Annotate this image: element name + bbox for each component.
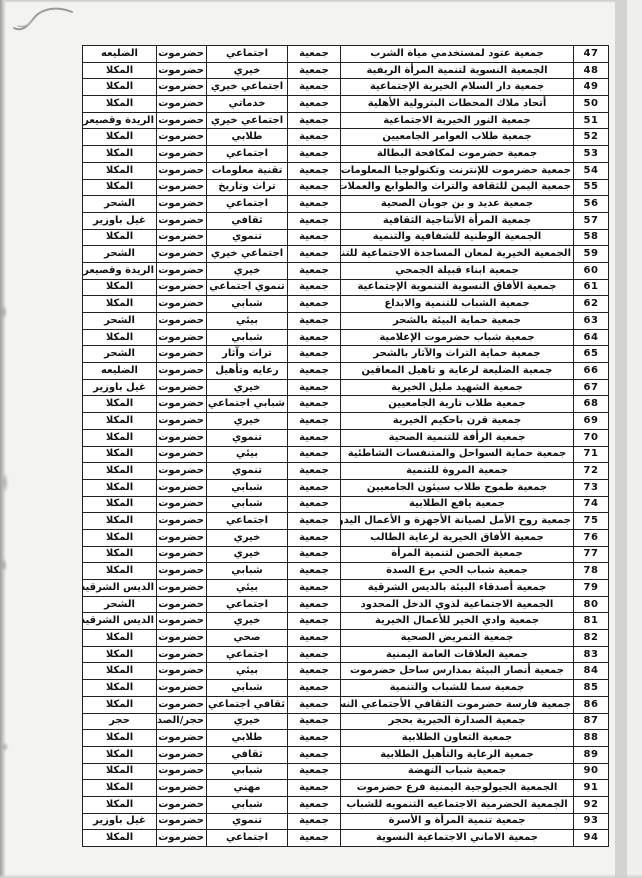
association-name-cell: جمعية طلاب تارية الجامعيين: [341, 396, 574, 413]
serial-number-cell: 54: [574, 162, 609, 179]
serial-number-cell: 79: [574, 580, 609, 597]
association-name-cell: جمعية عتود لمستخدمي مياة الشرب: [341, 46, 574, 63]
table-row: 86 جمعية فارسة حضرموت الثقافي الأجتماعي …: [83, 696, 609, 713]
association-name-cell: جمعية العلاقات العامة اليمنية: [341, 646, 574, 663]
governorate-cell: حضرموت: [157, 379, 207, 396]
category-cell: جمعية: [288, 246, 341, 263]
scan-edge-top: [0, 0, 642, 3]
association-name-cell: جمعية طلاب العوامر الجامعيين: [341, 129, 574, 146]
district-cell: الضليعه: [83, 363, 157, 380]
district-cell: حجر: [83, 713, 157, 730]
serial-number-cell: 62: [574, 296, 609, 313]
table-row: 49 جمعية دار السلام الخيرية الإجتماعية ج…: [83, 79, 609, 96]
governorate-cell: حضرموت: [157, 680, 207, 697]
activity-type-cell: خيري: [207, 62, 288, 79]
serial-number-cell: 48: [574, 62, 609, 79]
activity-type-cell: خيري: [207, 546, 288, 563]
association-name-cell: جمعية الشهيد مليل الخيرية: [341, 379, 574, 396]
district-cell: المكلا: [83, 663, 157, 680]
district-cell: المكلا: [83, 329, 157, 346]
governorate-cell: حضرموت: [157, 580, 207, 597]
serial-number-cell: 90: [574, 763, 609, 780]
activity-type-cell: اجتماعي خيري: [207, 79, 288, 96]
association-name-cell: جمعية فارسة حضرموت الثقافي الأجتماعي الن…: [341, 696, 574, 713]
association-name-cell: جمعية شباب حضرموت الإعلامية: [341, 329, 574, 346]
serial-number-cell: 55: [574, 179, 609, 196]
table-row: 67 جمعية الشهيد مليل الخيرية جمعية خيري …: [83, 379, 609, 396]
district-cell: الريدة وقصيعر: [83, 262, 157, 279]
activity-type-cell: اجتماعي: [207, 146, 288, 163]
association-name-cell: جمعية ابناء قبيلة الجمحي: [341, 262, 574, 279]
scan-smudge: [0, 305, 8, 319]
governorate-cell: حضرموت: [157, 830, 207, 847]
category-cell: جمعية: [288, 46, 341, 63]
activity-type-cell: اجتماعي خيري: [207, 112, 288, 129]
category-cell: جمعية: [288, 813, 341, 830]
activity-type-cell: بيئي: [207, 663, 288, 680]
district-cell: المكلا: [83, 780, 157, 797]
activity-type-cell: بيئي: [207, 446, 288, 463]
table-row: 93 جمعية تنمية المرأة و الأسرة جمعية تنم…: [83, 813, 609, 830]
association-name-cell: جمعية دار السلام الخيرية الإجتماعية: [341, 79, 574, 96]
association-name-cell: جمعية طموح طلاب سيئون الجامعيين: [341, 479, 574, 496]
associations-registry-table: 47 جمعية عتود لمستخدمي مياة الشرب جمعية …: [82, 45, 609, 847]
association-name-cell: جمعية الحصن لتنمية المرأة: [341, 546, 574, 563]
table-row: 70 جمعية الرأفة للتنمية الصحية جمعية تنم…: [83, 429, 609, 446]
activity-type-cell: مهني: [207, 780, 288, 797]
serial-number-cell: 84: [574, 663, 609, 680]
association-name-cell: جمعية روح الأمل لصيانة الأجهزة و الأعمال…: [341, 513, 574, 530]
district-cell: الشحر: [83, 246, 157, 263]
district-cell: المكلا: [83, 730, 157, 747]
activity-type-cell: طلابي: [207, 730, 288, 747]
association-name-cell: جمعية حماية السواحل والمتنفسات الشاطئية: [341, 446, 574, 463]
table-row: 66 جمعية الضليعة لرعاية و تاهيل المعاقين…: [83, 363, 609, 380]
table-row: 47 جمعية عتود لمستخدمي مياة الشرب جمعية …: [83, 46, 609, 63]
governorate-cell: حضرموت: [157, 780, 207, 797]
district-cell: الديس الشرقية: [83, 613, 157, 630]
governorate-cell: حضرموت: [157, 630, 207, 647]
association-name-cell: جمعية الضليعة لرعاية و تاهيل المعاقين: [341, 363, 574, 380]
serial-number-cell: 47: [574, 46, 609, 63]
district-cell: غيل باوزير: [83, 212, 157, 229]
serial-number-cell: 61: [574, 279, 609, 296]
pen-scribble-mark: [8, 2, 88, 36]
activity-type-cell: شبابي: [207, 680, 288, 697]
association-name-cell: الجمعية الخيرية لمعان المساجدة الاجتماعي…: [341, 246, 574, 263]
serial-number-cell: 80: [574, 596, 609, 613]
district-cell: المكلا: [83, 746, 157, 763]
table-row: 81 جمعية وادي الخير للأعمال الخيرية جمعي…: [83, 613, 609, 630]
district-cell: المكلا: [83, 429, 157, 446]
activity-type-cell: طلابي: [207, 129, 288, 146]
association-name-cell: جمعية اليمن للثقافة والتراث والطوابع وال…: [341, 179, 574, 196]
association-name-cell: جمعية حضرموت لمكافحة البطالة: [341, 146, 574, 163]
table-row: 62 جمعية الشباب للتنمية والابداع جمعية ش…: [83, 296, 609, 313]
district-cell: المكلا: [83, 96, 157, 113]
district-cell: المكلا: [83, 546, 157, 563]
district-cell: المكلا: [83, 446, 157, 463]
serial-number-cell: 70: [574, 429, 609, 446]
activity-type-cell: شبابي: [207, 329, 288, 346]
table-row: 82 جمعية التمريض الصحية جمعية صحي حضرموت…: [83, 630, 609, 647]
category-cell: جمعية: [288, 329, 341, 346]
governorate-cell: حضرموت: [157, 813, 207, 830]
category-cell: جمعية: [288, 396, 341, 413]
district-cell: المكلا: [83, 680, 157, 697]
district-cell: المكلا: [83, 79, 157, 96]
district-cell: المكلا: [83, 529, 157, 546]
district-cell: المكلا: [83, 513, 157, 530]
table-row: 58 الجمعية الوطنية للشفافية والتنمية جمع…: [83, 229, 609, 246]
district-cell: الديس الشرقية: [83, 580, 157, 597]
governorate-cell: حضرموت: [157, 529, 207, 546]
activity-type-cell: ثقافي: [207, 212, 288, 229]
table-row: 61 جمعية الأفاق النسوية التنموية الإجتما…: [83, 279, 609, 296]
table-row: 91 الجمعية الجيولوجية اليمنية فرع حضرموت…: [83, 780, 609, 797]
association-name-cell: جمعية قرن باحكيم الخيرية: [341, 413, 574, 430]
association-name-cell: جمعية أنصار البيئة بمدارس ساحل حضرموت: [341, 663, 574, 680]
table-row: 63 جمعية حماية البيئة بالشحر جمعية بيئي …: [83, 313, 609, 330]
category-cell: جمعية: [288, 346, 341, 363]
governorate-cell: حضرموت: [157, 229, 207, 246]
serial-number-cell: 49: [574, 79, 609, 96]
category-cell: جمعية: [288, 529, 341, 546]
serial-number-cell: 51: [574, 112, 609, 129]
category-cell: جمعية: [288, 746, 341, 763]
association-name-cell: جمعية سما للشباب والتنمية: [341, 680, 574, 697]
scan-smudge: [1, 742, 9, 752]
serial-number-cell: 89: [574, 746, 609, 763]
scanned-document-page: 47 جمعية عتود لمستخدمي مياة الشرب جمعية …: [0, 0, 642, 878]
activity-type-cell: تراث وتاريخ: [207, 179, 288, 196]
category-cell: جمعية: [288, 112, 341, 129]
serial-number-cell: 56: [574, 196, 609, 213]
serial-number-cell: 76: [574, 529, 609, 546]
scan-edge-bottom: [0, 874, 642, 878]
governorate-cell: حجر/الصداره: [157, 713, 207, 730]
governorate-cell: حضرموت: [157, 563, 207, 580]
governorate-cell: حضرموت: [157, 313, 207, 330]
district-cell: المكلا: [83, 563, 157, 580]
category-cell: جمعية: [288, 62, 341, 79]
governorate-cell: حضرموت: [157, 479, 207, 496]
serial-number-cell: 82: [574, 630, 609, 647]
association-name-cell: أتحاد ملاك المحطات البترولية الأهلية: [341, 96, 574, 113]
activity-type-cell: خيري: [207, 713, 288, 730]
category-cell: جمعية: [288, 563, 341, 580]
district-cell: المكلا: [83, 396, 157, 413]
serial-number-cell: 71: [574, 446, 609, 463]
category-cell: جمعية: [288, 179, 341, 196]
table-row: 56 جمعية عديد و بن جوبان الصحية جمعية اج…: [83, 196, 609, 213]
category-cell: جمعية: [288, 446, 341, 463]
category-cell: جمعية: [288, 763, 341, 780]
serial-number-cell: 72: [574, 463, 609, 480]
serial-number-cell: 94: [574, 830, 609, 847]
category-cell: جمعية: [288, 596, 341, 613]
activity-type-cell: شبابي: [207, 563, 288, 580]
category-cell: جمعية: [288, 429, 341, 446]
activity-type-cell: بيئي: [207, 313, 288, 330]
governorate-cell: حضرموت: [157, 346, 207, 363]
association-name-cell: جمعية يافع الطلابية: [341, 496, 574, 513]
association-name-cell: جمعية المروة للتنمية: [341, 463, 574, 480]
district-cell: المكلا: [83, 296, 157, 313]
table-row: 60 جمعية ابناء قبيلة الجمحي جمعية خيري ح…: [83, 262, 609, 279]
association-name-cell: جمعية الرعاية والتأهيل الطلابية: [341, 746, 574, 763]
district-cell: المكلا: [83, 413, 157, 430]
governorate-cell: حضرموت: [157, 546, 207, 563]
table-row: 78 جمعية شباب الحي برع السدة جمعية شبابي…: [83, 563, 609, 580]
district-cell: المكلا: [83, 162, 157, 179]
governorate-cell: حضرموت: [157, 730, 207, 747]
activity-type-cell: تقنية معلومات: [207, 162, 288, 179]
activity-type-cell: خيري: [207, 379, 288, 396]
association-name-cell: جمعية أصدقاء البيئة بالديس الشرقية: [341, 580, 574, 597]
scan-smudge: [1, 472, 9, 494]
category-cell: جمعية: [288, 713, 341, 730]
governorate-cell: حضرموت: [157, 79, 207, 96]
association-name-cell: جمعية حضرموت للإنترنت وتكنولوجيا المعلوم…: [341, 162, 574, 179]
serial-number-cell: 85: [574, 680, 609, 697]
governorate-cell: حضرموت: [157, 413, 207, 430]
serial-number-cell: 53: [574, 146, 609, 163]
governorate-cell: حضرموت: [157, 746, 207, 763]
governorate-cell: حضرموت: [157, 129, 207, 146]
table-row: 84 جمعية أنصار البيئة بمدارس ساحل حضرموت…: [83, 663, 609, 680]
serial-number-cell: 58: [574, 229, 609, 246]
association-name-cell: الجمعية الجيولوجية اليمنية فرع حضرموت: [341, 780, 574, 797]
association-name-cell: جمعية شباب النهضة: [341, 763, 574, 780]
category-cell: جمعية: [288, 513, 341, 530]
serial-number-cell: 83: [574, 646, 609, 663]
table-row: 65 جمعية حماية التراث والآثار بالشحر جمع…: [83, 346, 609, 363]
serial-number-cell: 66: [574, 363, 609, 380]
activity-type-cell: خدماتي: [207, 96, 288, 113]
category-cell: جمعية: [288, 680, 341, 697]
governorate-cell: حضرموت: [157, 196, 207, 213]
governorate-cell: حضرموت: [157, 262, 207, 279]
district-cell: المكلا: [83, 646, 157, 663]
table-row: 54 جمعية حضرموت للإنترنت وتكنولوجيا المع…: [83, 162, 609, 179]
activity-type-cell: تنموي: [207, 429, 288, 446]
activity-type-cell: اجتماعي: [207, 513, 288, 530]
governorate-cell: حضرموت: [157, 179, 207, 196]
district-cell: المكلا: [83, 696, 157, 713]
activity-type-cell: خيري: [207, 413, 288, 430]
serial-number-cell: 75: [574, 513, 609, 530]
association-name-cell: الجمعية الاجتماعية لذوي الدخل المحدود: [341, 596, 574, 613]
activity-type-cell: تنموي: [207, 463, 288, 480]
governorate-cell: حضرموت: [157, 596, 207, 613]
district-cell: الشحر: [83, 346, 157, 363]
activity-type-cell: خيري: [207, 262, 288, 279]
category-cell: جمعية: [288, 646, 341, 663]
table-row: 79 جمعية أصدقاء البيئة بالديس الشرقية جم…: [83, 580, 609, 597]
association-name-cell: جمعية الاماني الاجتماعية النسوية: [341, 830, 574, 847]
category-cell: جمعية: [288, 696, 341, 713]
association-name-cell: جمعية التمريض الصحية: [341, 630, 574, 647]
activity-type-cell: خيري: [207, 529, 288, 546]
governorate-cell: حضرموت: [157, 296, 207, 313]
district-cell: المكلا: [83, 62, 157, 79]
table-row: 73 جمعية طموح طلاب سيئون الجامعيين جمعية…: [83, 479, 609, 496]
serial-number-cell: 81: [574, 613, 609, 630]
serial-number-cell: 69: [574, 413, 609, 430]
association-name-cell: جمعية تنمية المرأة و الأسرة: [341, 813, 574, 830]
governorate-cell: حضرموت: [157, 246, 207, 263]
association-name-cell: جمعية الأفاق الخيرية لرعاية الطالب: [341, 529, 574, 546]
category-cell: جمعية: [288, 363, 341, 380]
association-name-cell: جمعية الشباب للتنمية والابداع: [341, 296, 574, 313]
table-row: 53 جمعية حضرموت لمكافحة البطالة جمعية اج…: [83, 146, 609, 163]
serial-number-cell: 92: [574, 796, 609, 813]
governorate-cell: حضرموت: [157, 613, 207, 630]
serial-number-cell: 78: [574, 563, 609, 580]
activity-type-cell: اجتماعي: [207, 646, 288, 663]
governorate-cell: حضرموت: [157, 212, 207, 229]
district-cell: المكلا: [83, 479, 157, 496]
association-name-cell: جمعية عديد و بن جوبان الصحية: [341, 196, 574, 213]
table-row: 57 جمعية المرأة الأنتاجية الثقافية جمعية…: [83, 212, 609, 229]
district-cell: المكلا: [83, 630, 157, 647]
category-cell: جمعية: [288, 162, 341, 179]
table-row: 71 جمعية حماية السواحل والمتنفسات الشاطئ…: [83, 446, 609, 463]
category-cell: جمعية: [288, 413, 341, 430]
table-row: 75 جمعية روح الأمل لصيانة الأجهزة و الأع…: [83, 513, 609, 530]
serial-number-cell: 68: [574, 396, 609, 413]
category-cell: جمعية: [288, 463, 341, 480]
activity-type-cell: بيئي: [207, 580, 288, 597]
category-cell: جمعية: [288, 196, 341, 213]
serial-number-cell: 93: [574, 813, 609, 830]
governorate-cell: حضرموت: [157, 396, 207, 413]
activity-type-cell: رعايه وتأهيل: [207, 363, 288, 380]
governorate-cell: حضرموت: [157, 162, 207, 179]
scan-smudge: [0, 558, 8, 572]
serial-number-cell: 86: [574, 696, 609, 713]
serial-number-cell: 67: [574, 379, 609, 396]
governorate-cell: حضرموت: [157, 279, 207, 296]
table-row: 89 جمعية الرعاية والتأهيل الطلابية جمعية…: [83, 746, 609, 763]
activity-type-cell: اجتماعي: [207, 46, 288, 63]
association-name-cell: جمعية النور الخيرية الاجتماعية: [341, 112, 574, 129]
category-cell: جمعية: [288, 730, 341, 747]
category-cell: جمعية: [288, 279, 341, 296]
serial-number-cell: 77: [574, 546, 609, 563]
district-cell: المكلا: [83, 179, 157, 196]
activity-type-cell: صحي: [207, 630, 288, 647]
serial-number-cell: 52: [574, 129, 609, 146]
category-cell: جمعية: [288, 613, 341, 630]
category-cell: جمعية: [288, 129, 341, 146]
association-name-cell: جمعية المرأة الأنتاجية الثقافية: [341, 212, 574, 229]
table-row: 55 جمعية اليمن للثقافة والتراث والطوابع …: [83, 179, 609, 196]
governorate-cell: حضرموت: [157, 429, 207, 446]
category-cell: جمعية: [288, 496, 341, 513]
table-row: 50 أتحاد ملاك المحطات البترولية الأهلية …: [83, 96, 609, 113]
association-name-cell: جمعية التعاون الطلابية: [341, 730, 574, 747]
governorate-cell: حضرموت: [157, 696, 207, 713]
association-name-cell: جمعية وادي الخير للأعمال الخيرية: [341, 613, 574, 630]
table-row: 80 الجمعية الاجتماعية لذوي الدخل المحدود…: [83, 596, 609, 613]
district-cell: الشحر: [83, 313, 157, 330]
category-cell: جمعية: [288, 79, 341, 96]
category-cell: جمعية: [288, 663, 341, 680]
activity-type-cell: اجتماعي: [207, 830, 288, 847]
table-row: 52 جمعية طلاب العوامر الجامعيين جمعية طل…: [83, 129, 609, 146]
governorate-cell: حضرموت: [157, 363, 207, 380]
association-name-cell: جمعية الصدارة الخيرية بحجر: [341, 713, 574, 730]
category-cell: جمعية: [288, 296, 341, 313]
activity-type-cell: خيري: [207, 613, 288, 630]
serial-number-cell: 64: [574, 329, 609, 346]
district-cell: الضليعه: [83, 46, 157, 63]
governorate-cell: حضرموت: [157, 646, 207, 663]
scan-edge-right-light: [627, 0, 642, 878]
district-cell: الشحر: [83, 196, 157, 213]
category-cell: جمعية: [288, 796, 341, 813]
governorate-cell: حضرموت: [157, 112, 207, 129]
category-cell: جمعية: [288, 830, 341, 847]
serial-number-cell: 91: [574, 780, 609, 797]
association-name-cell: جمعية شباب الحي برع السدة: [341, 563, 574, 580]
activity-type-cell: ثقافي اجتماعي: [207, 696, 288, 713]
serial-number-cell: 87: [574, 713, 609, 730]
governorate-cell: حضرموت: [157, 763, 207, 780]
serial-number-cell: 50: [574, 96, 609, 113]
table-row: 85 جمعية سما للشباب والتنمية جمعية شبابي…: [83, 680, 609, 697]
table-row: 59 الجمعية الخيرية لمعان المساجدة الاجتم…: [83, 246, 609, 263]
governorate-cell: حضرموت: [157, 62, 207, 79]
table-row: 83 جمعية العلاقات العامة اليمنية جمعية ا…: [83, 646, 609, 663]
district-cell: المكلا: [83, 463, 157, 480]
serial-number-cell: 74: [574, 496, 609, 513]
district-cell: المكلا: [83, 763, 157, 780]
category-cell: جمعية: [288, 546, 341, 563]
district-cell: المكلا: [83, 129, 157, 146]
activity-type-cell: اجتماعي: [207, 196, 288, 213]
district-cell: المكلا: [83, 496, 157, 513]
governorate-cell: حضرموت: [157, 446, 207, 463]
category-cell: جمعية: [288, 379, 341, 396]
registry-table-body: 47 جمعية عتود لمستخدمي مياة الشرب جمعية …: [83, 46, 609, 847]
association-name-cell: الجمعية الوطنية للشفافية والتنمية: [341, 229, 574, 246]
district-cell: غيل باوزير: [83, 813, 157, 830]
serial-number-cell: 57: [574, 212, 609, 229]
category-cell: جمعية: [288, 780, 341, 797]
association-name-cell: الجمعية النسوية لتنمية المرأة الريفية: [341, 62, 574, 79]
governorate-cell: حضرموت: [157, 146, 207, 163]
activity-type-cell: تراث وآثار: [207, 346, 288, 363]
table-row: 68 جمعية طلاب تارية الجامعيين جمعية شباب…: [83, 396, 609, 413]
district-cell: المكلا: [83, 830, 157, 847]
activity-type-cell: شبابي: [207, 796, 288, 813]
activity-type-cell: ثقافي: [207, 746, 288, 763]
table-row: 64 جمعية شباب حضرموت الإعلامية جمعية شبا…: [83, 329, 609, 346]
association-name-cell: جمعية الرأفة للتنمية الصحية: [341, 429, 574, 446]
governorate-cell: حضرموت: [157, 46, 207, 63]
table-row: 90 جمعية شباب النهضة جمعية شبابي حضرموت …: [83, 763, 609, 780]
table-row: 76 جمعية الأفاق الخيرية لرعاية الطالب جم…: [83, 529, 609, 546]
activity-type-cell: اجتماعي خيري: [207, 246, 288, 263]
activity-type-cell: تنموي: [207, 229, 288, 246]
table-row: 87 جمعية الصدارة الخيرية بحجر جمعية خيري…: [83, 713, 609, 730]
governorate-cell: حضرموت: [157, 496, 207, 513]
table-row: 69 جمعية قرن باحكيم الخيرية جمعية خيري ح…: [83, 413, 609, 430]
serial-number-cell: 65: [574, 346, 609, 363]
